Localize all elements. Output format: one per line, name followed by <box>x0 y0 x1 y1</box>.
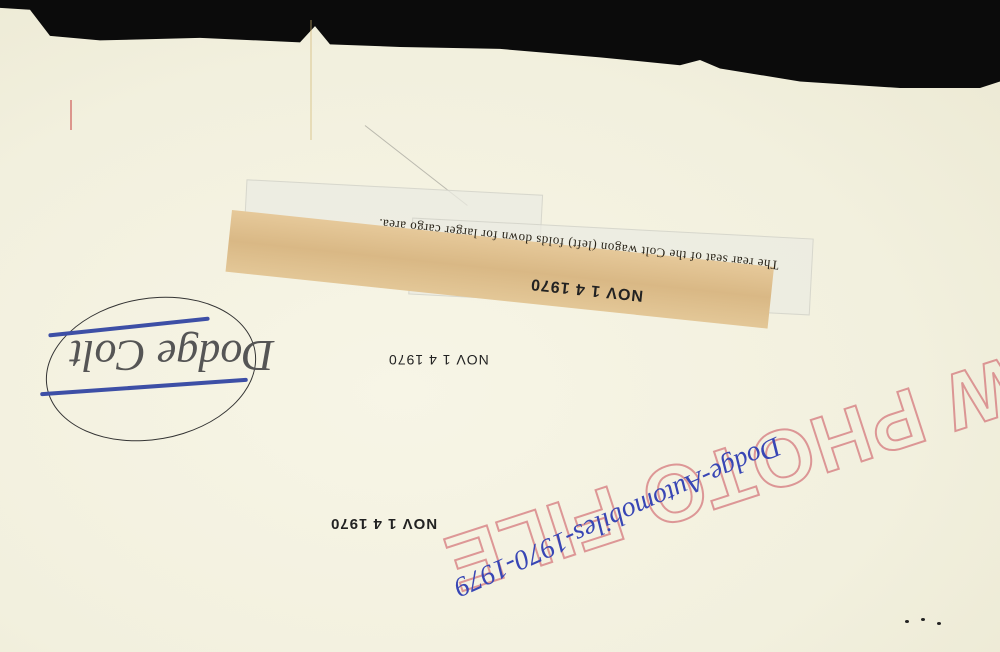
speck <box>921 618 925 621</box>
ink-specks <box>905 618 945 626</box>
date-stamp: NOV 1 4 1970 <box>330 515 437 532</box>
red-mark <box>70 100 72 130</box>
paper-crease <box>310 20 312 140</box>
date-stamp: NOV 1 4 1970 <box>388 352 489 368</box>
speck <box>905 620 909 623</box>
speck <box>937 622 941 625</box>
signature: Dodge Colt <box>70 330 274 381</box>
